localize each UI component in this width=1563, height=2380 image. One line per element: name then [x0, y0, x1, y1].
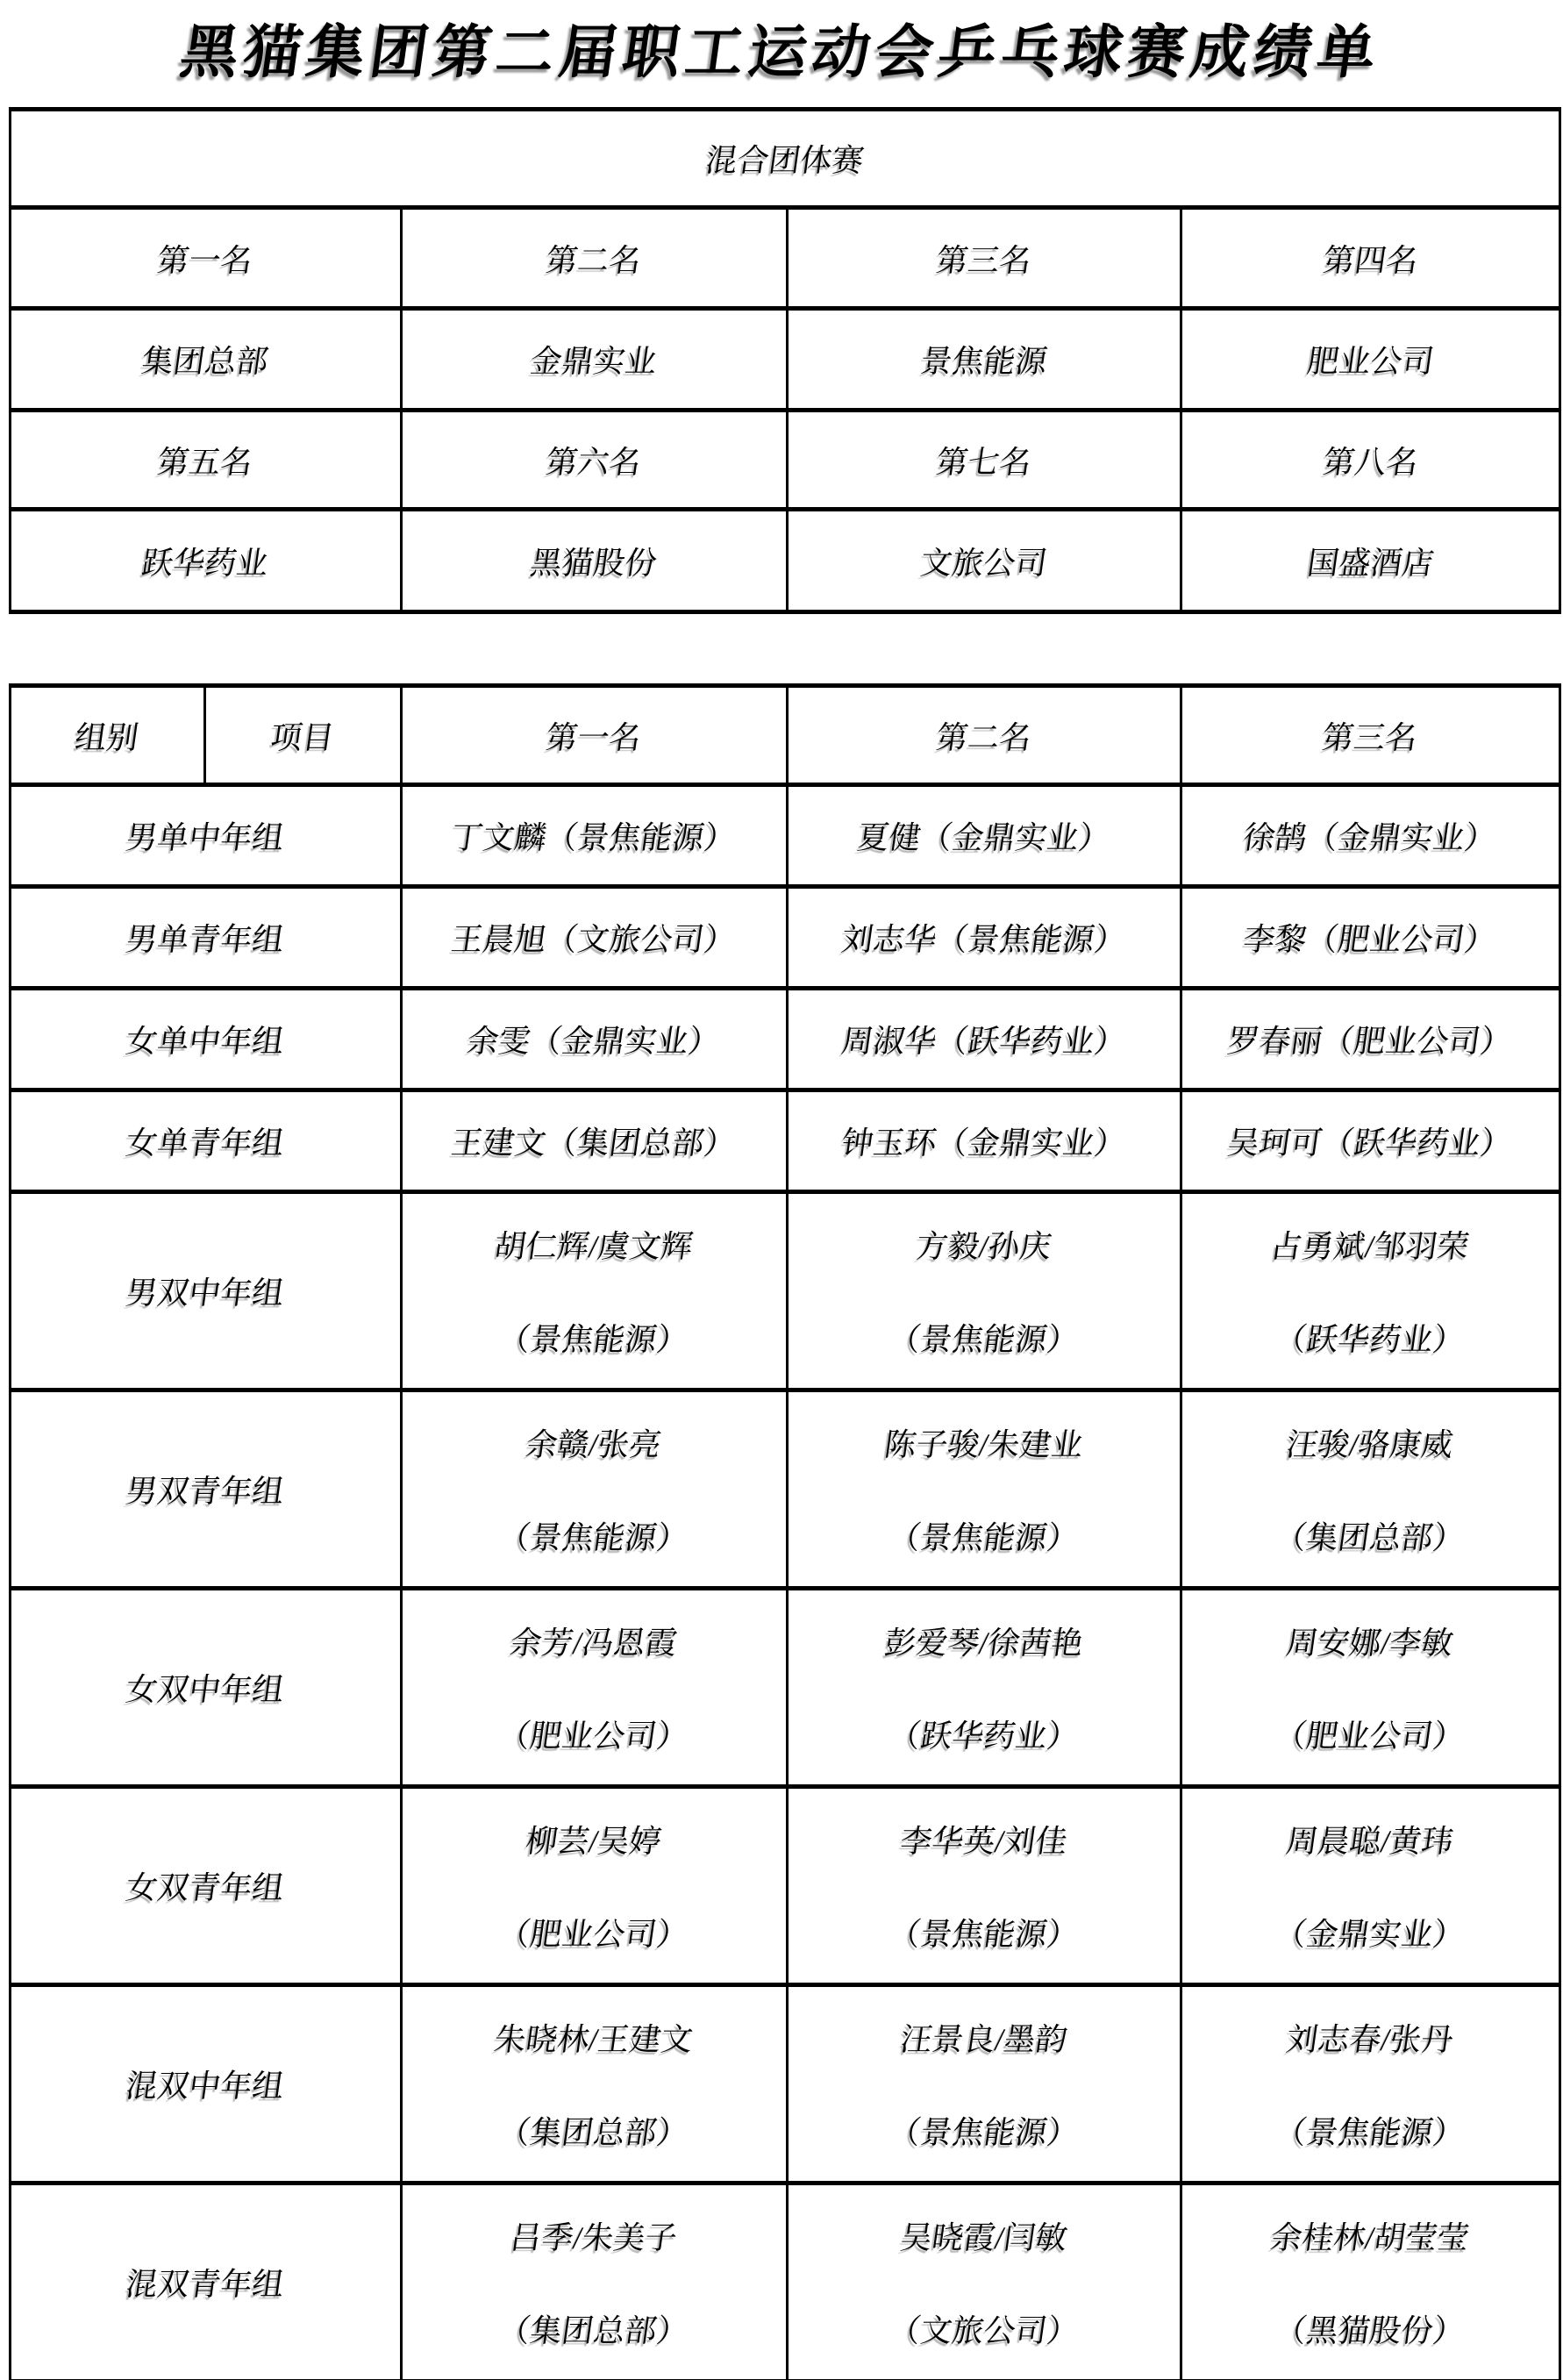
- second-place-names: 彭爱琴/徐茜艳: [881, 1619, 1086, 1663]
- first-place-cell: 王晨旭（文旅公司）: [402, 887, 788, 989]
- third-place-names: 刘志春/张丹: [1284, 2015, 1457, 2060]
- third-place-entry: 徐鹄（金鼎实业）: [1241, 813, 1500, 858]
- third-place-entry: 李黎（肥业公司）: [1241, 915, 1500, 960]
- result-row-mens-doubles-middle: 男双中年组 胡仁辉/虞文辉（景焦能源） 方毅/孙庆（景焦能源） 占勇斌/邹羽荣（…: [11, 1192, 1560, 1390]
- second-place-cell: 陈子骏/朱建业（景焦能源）: [788, 1390, 1181, 1589]
- header-first-cell: 第一名: [402, 686, 788, 785]
- second-place-cell: 刘志华（景焦能源）: [788, 887, 1181, 989]
- third-place-cell: 周晨聪/黄玮（金鼎实业）: [1181, 1787, 1560, 1985]
- team-name-cell: 金鼎实业: [402, 309, 788, 411]
- third-place-unit: （黑猫股份）: [1273, 2306, 1468, 2351]
- third-place-cell: 余桂林/胡莹莹（黑猫股份）: [1181, 2183, 1560, 2380]
- second-place-cell: 钟玉环（金鼎实业）: [788, 1090, 1181, 1192]
- second-place-cell: 周淑华（跃华药业）: [788, 989, 1181, 1090]
- first-place-unit: （肥业公司）: [496, 1712, 692, 1756]
- first-place-unit: （集团总部）: [496, 2108, 692, 2153]
- rank-label: 第三名: [933, 236, 1034, 281]
- group-name: 男单中年组: [124, 813, 288, 858]
- result-row-mens-doubles-youth: 男双青年组 余赣/张亮（景焦能源） 陈子骏/朱建业（景焦能源） 汪骏/骆康威（集…: [11, 1390, 1560, 1589]
- header-group-cell: 组别: [11, 686, 205, 785]
- third-place-entry: 吴珂可（跃华药业）: [1225, 1119, 1516, 1163]
- result-row-womens-singles-youth: 女单青年组 王建文（集团总部） 钟玉环（金鼎实业） 吴珂可（跃华药业）: [11, 1090, 1560, 1192]
- results-sheet-page: 黑猫集团第二届职工运动会乒乓球赛成绩单 混合团体赛 第一名 第二名 第三名 第四…: [0, 0, 1563, 2380]
- group-name-cell: 女双青年组: [11, 1787, 402, 1985]
- group-name: 女单中年组: [124, 1017, 288, 1061]
- third-place-cell: 占勇斌/邹羽荣（跃华药业）: [1181, 1192, 1560, 1390]
- first-place-cell: 丁文麟（景焦能源）: [402, 785, 788, 887]
- header-second-cell: 第二名: [788, 686, 1181, 785]
- third-place-cell: 汪骏/骆康威（集团总部）: [1181, 1390, 1560, 1589]
- second-place-entry: 夏健（金鼎实业）: [854, 813, 1113, 858]
- result-row-womens-singles-middle: 女单中年组 余雯（金鼎实业） 周淑华（跃华药业） 罗春丽（肥业公司）: [11, 989, 1560, 1090]
- group-name-cell: 女单中年组: [11, 989, 402, 1090]
- second-place-cell: 夏健（金鼎实业）: [788, 785, 1181, 887]
- third-place-unit: （金鼎实业）: [1273, 1910, 1468, 1955]
- page-title-text: 黑猫集团第二届职工运动会乒乓球赛成绩单: [175, 5, 1387, 89]
- individual-results-table: 组别 项目 第一名 第二名 第三名 男单中年组 丁文麟（景焦能源） 夏健（金鼎实…: [9, 683, 1561, 2380]
- group-name: 女单青年组: [124, 1119, 288, 1163]
- results-header-row: 组别 项目 第一名 第二名 第三名: [11, 686, 1560, 785]
- rank-label-cell: 第二名: [402, 208, 788, 309]
- header-group: 组别: [73, 713, 142, 758]
- second-place-names: 汪景良/墨韵: [897, 2015, 1070, 2060]
- second-place-entry: 周淑华（跃华药业）: [839, 1017, 1129, 1061]
- first-place-cell: 朱晓林/王建文（集团总部）: [402, 1985, 788, 2183]
- header-second: 第二名: [933, 713, 1034, 758]
- result-row-mixed-doubles-middle: 混双中年组 朱晓林/王建文（集团总部） 汪景良/墨韵（景焦能源） 刘志春/张丹（…: [11, 1985, 1560, 2183]
- first-place-cell: 吕季/朱美子（集团总部）: [402, 2183, 788, 2380]
- group-name-cell: 男单青年组: [11, 887, 402, 989]
- first-place-entry: 余雯（金鼎实业）: [465, 1017, 724, 1061]
- third-place-names: 周晨聪/黄玮: [1284, 1817, 1457, 1862]
- team-name-cell: 黑猫股份: [402, 510, 788, 612]
- second-place-entry: 刘志华（景焦能源）: [839, 915, 1129, 960]
- rank-label: 第一名: [155, 236, 256, 281]
- team-name-row-2: 跃华药业 黑猫股份 文旅公司 国盛酒店: [11, 510, 1560, 612]
- team-name-cell: 集团总部: [11, 309, 402, 411]
- second-place-names: 陈子骏/朱建业: [881, 1420, 1086, 1465]
- team-table-title-cell: 混合团体赛: [11, 110, 1560, 208]
- group-name-cell: 男双中年组: [11, 1192, 402, 1390]
- result-row-womens-doubles-youth: 女双青年组 柳芸/吴婷（肥业公司） 李华英/刘佳（景焦能源） 周晨聪/黄玮（金鼎…: [11, 1787, 1560, 1985]
- result-row-mens-singles-youth: 男单青年组 王晨旭（文旅公司） 刘志华（景焦能源） 李黎（肥业公司）: [11, 887, 1560, 989]
- result-row-mens-singles-middle: 男单中年组 丁文麟（景焦能源） 夏健（金鼎实业） 徐鹄（金鼎实业）: [11, 785, 1560, 887]
- team-rank-row-2: 第五名 第六名 第七名 第八名: [11, 411, 1560, 510]
- first-place-unit: （集团总部）: [496, 2306, 692, 2351]
- third-place-cell: 周安娜/李敏（肥业公司）: [1181, 1589, 1560, 1787]
- first-place-names: 柳芸/吴婷: [524, 1817, 665, 1862]
- third-place-unit: （跃华药业）: [1273, 1315, 1468, 1360]
- rank-label-cell: 第三名: [788, 208, 1181, 309]
- team-name-row-1: 集团总部 金鼎实业 景焦能源 肥业公司: [11, 309, 1560, 411]
- first-place-unit: （肥业公司）: [496, 1910, 692, 1955]
- rank-label-cell: 第八名: [1181, 411, 1560, 510]
- team-name-cell: 跃华药业: [11, 510, 402, 612]
- team-name: 跃华药业: [139, 539, 272, 583]
- rank-label: 第五名: [155, 438, 256, 482]
- group-name-cell: 混双中年组: [11, 1985, 402, 2183]
- group-name: 女双青年组: [124, 1863, 288, 1908]
- header-event: 项目: [268, 713, 338, 758]
- first-place-names: 胡仁辉/虞文辉: [492, 1222, 696, 1267]
- first-place-names: 吕季/朱美子: [508, 2213, 681, 2258]
- group-name-cell: 男单中年组: [11, 785, 402, 887]
- team-name-cell: 文旅公司: [788, 510, 1181, 612]
- group-name: 男双中年组: [124, 1269, 288, 1313]
- team-name-cell: 肥业公司: [1181, 309, 1560, 411]
- first-place-names: 朱晓林/王建文: [492, 2015, 696, 2060]
- rank-label: 第七名: [933, 438, 1034, 482]
- third-place-cell: 吴珂可（跃华药业）: [1181, 1090, 1560, 1192]
- second-place-cell: 汪景良/墨韵（景焦能源）: [788, 1985, 1181, 2183]
- second-place-entry: 钟玉环（金鼎实业）: [839, 1119, 1129, 1163]
- team-name: 黑猫股份: [528, 539, 660, 583]
- rank-label-cell: 第七名: [788, 411, 1181, 510]
- second-place-unit: （景焦能源）: [886, 1513, 1081, 1558]
- result-row-mixed-doubles-youth: 混双青年组 吕季/朱美子（集团总部） 吴晓霞/闫敏（文旅公司） 余桂林/胡莹莹（…: [11, 2183, 1560, 2380]
- first-place-unit: （景焦能源）: [496, 1513, 692, 1558]
- rank-label-cell: 第一名: [11, 208, 402, 309]
- first-place-cell: 柳芸/吴婷（肥业公司）: [402, 1787, 788, 1985]
- group-name-cell: 混双青年组: [11, 2183, 402, 2380]
- third-place-entry: 罗春丽（肥业公司）: [1225, 1017, 1516, 1061]
- group-name-cell: 女单青年组: [11, 1090, 402, 1192]
- second-place-names: 李华英/刘佳: [897, 1817, 1070, 1862]
- header-third: 第三名: [1320, 713, 1421, 758]
- second-place-names: 方毅/孙庆: [913, 1222, 1054, 1267]
- first-place-cell: 余赣/张亮（景焦能源）: [402, 1390, 788, 1589]
- group-name: 混双中年组: [124, 2062, 288, 2106]
- rank-label-cell: 第四名: [1181, 208, 1560, 309]
- third-place-cell: 罗春丽（肥业公司）: [1181, 989, 1560, 1090]
- second-place-unit: （景焦能源）: [886, 1315, 1081, 1360]
- first-place-entry: 王晨旭（文旅公司）: [449, 915, 739, 960]
- rank-label: 第六名: [544, 438, 645, 482]
- group-name-cell: 女双中年组: [11, 1589, 402, 1787]
- second-place-unit: （跃华药业）: [886, 1712, 1081, 1756]
- second-place-cell: 彭爱琴/徐茜艳（跃华药业）: [788, 1589, 1181, 1787]
- first-place-unit: （景焦能源）: [496, 1315, 692, 1360]
- second-place-names: 吴晓霞/闫敏: [897, 2213, 1070, 2258]
- first-place-names: 余芳/冯恩霞: [508, 1619, 681, 1663]
- third-place-names: 汪骏/骆康威: [1284, 1420, 1457, 1465]
- rank-label: 第二名: [544, 236, 645, 281]
- team-name-cell: 景焦能源: [788, 309, 1181, 411]
- team-name-cell: 国盛酒店: [1181, 510, 1560, 612]
- team-results-table: 混合团体赛 第一名 第二名 第三名 第四名 集团总部 金鼎实业 景焦能源 肥业公…: [9, 107, 1561, 614]
- second-place-unit: （景焦能源）: [886, 2108, 1081, 2153]
- header-first: 第一名: [544, 713, 645, 758]
- team-name: 景焦能源: [917, 337, 1050, 382]
- second-place-cell: 吴晓霞/闫敏（文旅公司）: [788, 2183, 1181, 2380]
- group-name: 混双青年组: [124, 2260, 288, 2305]
- first-place-cell: 王建文（集团总部）: [402, 1090, 788, 1192]
- third-place-unit: （集团总部）: [1273, 1513, 1468, 1558]
- rank-label-cell: 第五名: [11, 411, 402, 510]
- first-place-cell: 胡仁辉/虞文辉（景焦能源）: [402, 1192, 788, 1390]
- header-third-cell: 第三名: [1181, 686, 1560, 785]
- first-place-cell: 余芳/冯恩霞（肥业公司）: [402, 1589, 788, 1787]
- group-name-cell: 男双青年组: [11, 1390, 402, 1589]
- team-table-title: 混合团体赛: [703, 136, 867, 181]
- rank-label: 第八名: [1320, 438, 1421, 482]
- team-rank-row-1: 第一名 第二名 第三名 第四名: [11, 208, 1560, 309]
- group-name: 男单青年组: [124, 915, 288, 960]
- team-name: 国盛酒店: [1304, 539, 1437, 583]
- second-place-unit: （文旅公司）: [886, 2306, 1081, 2351]
- first-place-entry: 王建文（集团总部）: [449, 1119, 739, 1163]
- team-name: 金鼎实业: [528, 337, 660, 382]
- second-place-cell: 方毅/孙庆（景焦能源）: [788, 1192, 1181, 1390]
- third-place-cell: 李黎（肥业公司）: [1181, 887, 1560, 989]
- third-place-names: 余桂林/胡莹莹: [1268, 2213, 1473, 2258]
- second-place-cell: 李华英/刘佳（景焦能源）: [788, 1787, 1181, 1985]
- team-name: 肥业公司: [1304, 337, 1437, 382]
- first-place-names: 余赣/张亮: [524, 1420, 665, 1465]
- page-title: 黑猫集团第二届职工运动会乒乓球赛成绩单: [0, 5, 1563, 89]
- group-name: 男双青年组: [124, 1467, 288, 1512]
- first-place-entry: 丁文麟（景焦能源）: [449, 813, 739, 858]
- team-name: 文旅公司: [917, 539, 1050, 583]
- first-place-cell: 余雯（金鼎实业）: [402, 989, 788, 1090]
- third-place-names: 占勇斌/邹羽荣: [1268, 1222, 1473, 1267]
- third-place-unit: （景焦能源）: [1273, 2108, 1468, 2153]
- rank-label: 第四名: [1320, 236, 1421, 281]
- third-place-cell: 徐鹄（金鼎实业）: [1181, 785, 1560, 887]
- header-event-cell: 项目: [205, 686, 402, 785]
- group-name: 女双中年组: [124, 1665, 288, 1710]
- result-row-womens-doubles-middle: 女双中年组 余芳/冯恩霞（肥业公司） 彭爱琴/徐茜艳（跃华药业） 周安娜/李敏（…: [11, 1589, 1560, 1787]
- third-place-unit: （肥业公司）: [1273, 1712, 1468, 1756]
- second-place-unit: （景焦能源）: [886, 1910, 1081, 1955]
- third-place-names: 周安娜/李敏: [1284, 1619, 1457, 1663]
- rank-label-cell: 第六名: [402, 411, 788, 510]
- third-place-cell: 刘志春/张丹（景焦能源）: [1181, 1985, 1560, 2183]
- team-name: 集团总部: [139, 337, 272, 382]
- team-table-title-row: 混合团体赛: [11, 110, 1560, 208]
